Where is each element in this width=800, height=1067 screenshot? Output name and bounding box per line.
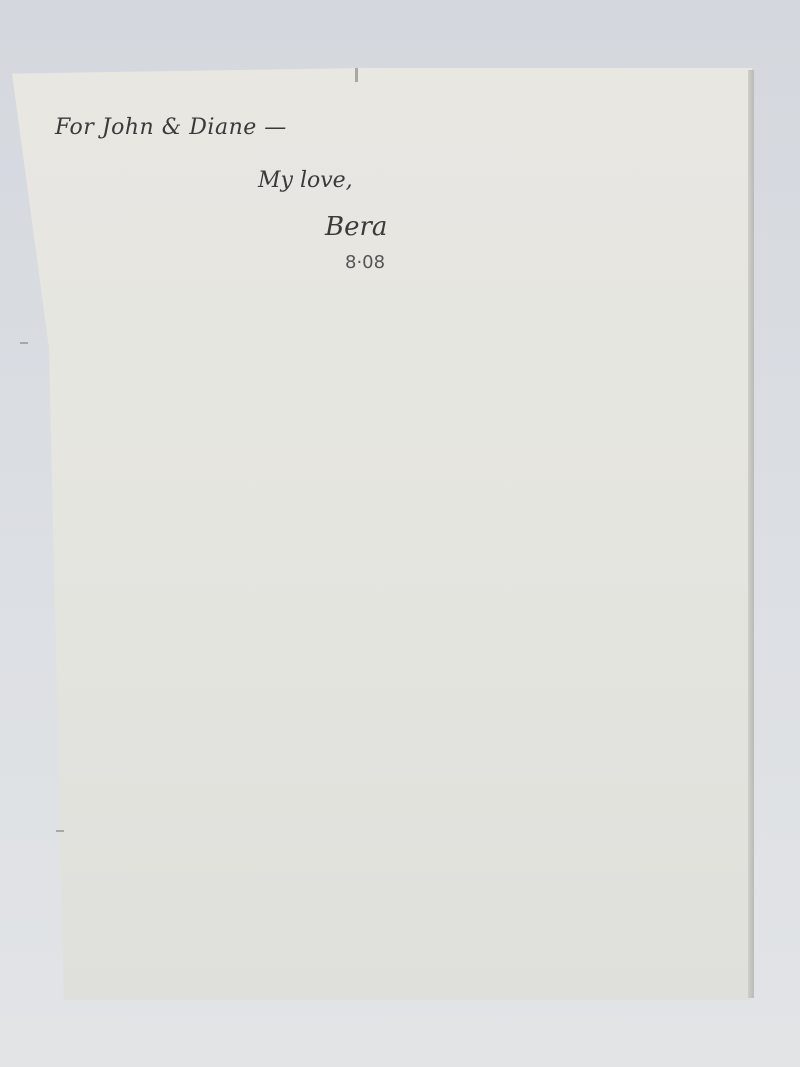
board-notch-top <box>355 68 358 82</box>
inscription-closing: My love, <box>258 168 353 193</box>
inscription-dedication: For John & Diane — <box>55 115 287 140</box>
inscription-signature: Bera <box>325 212 387 242</box>
board-edge <box>748 70 754 998</box>
mounting-board <box>12 68 752 1000</box>
board-notch-left <box>20 342 28 344</box>
inscription-date: 8·08 <box>345 252 385 273</box>
board-notch-left-lower <box>56 830 64 832</box>
